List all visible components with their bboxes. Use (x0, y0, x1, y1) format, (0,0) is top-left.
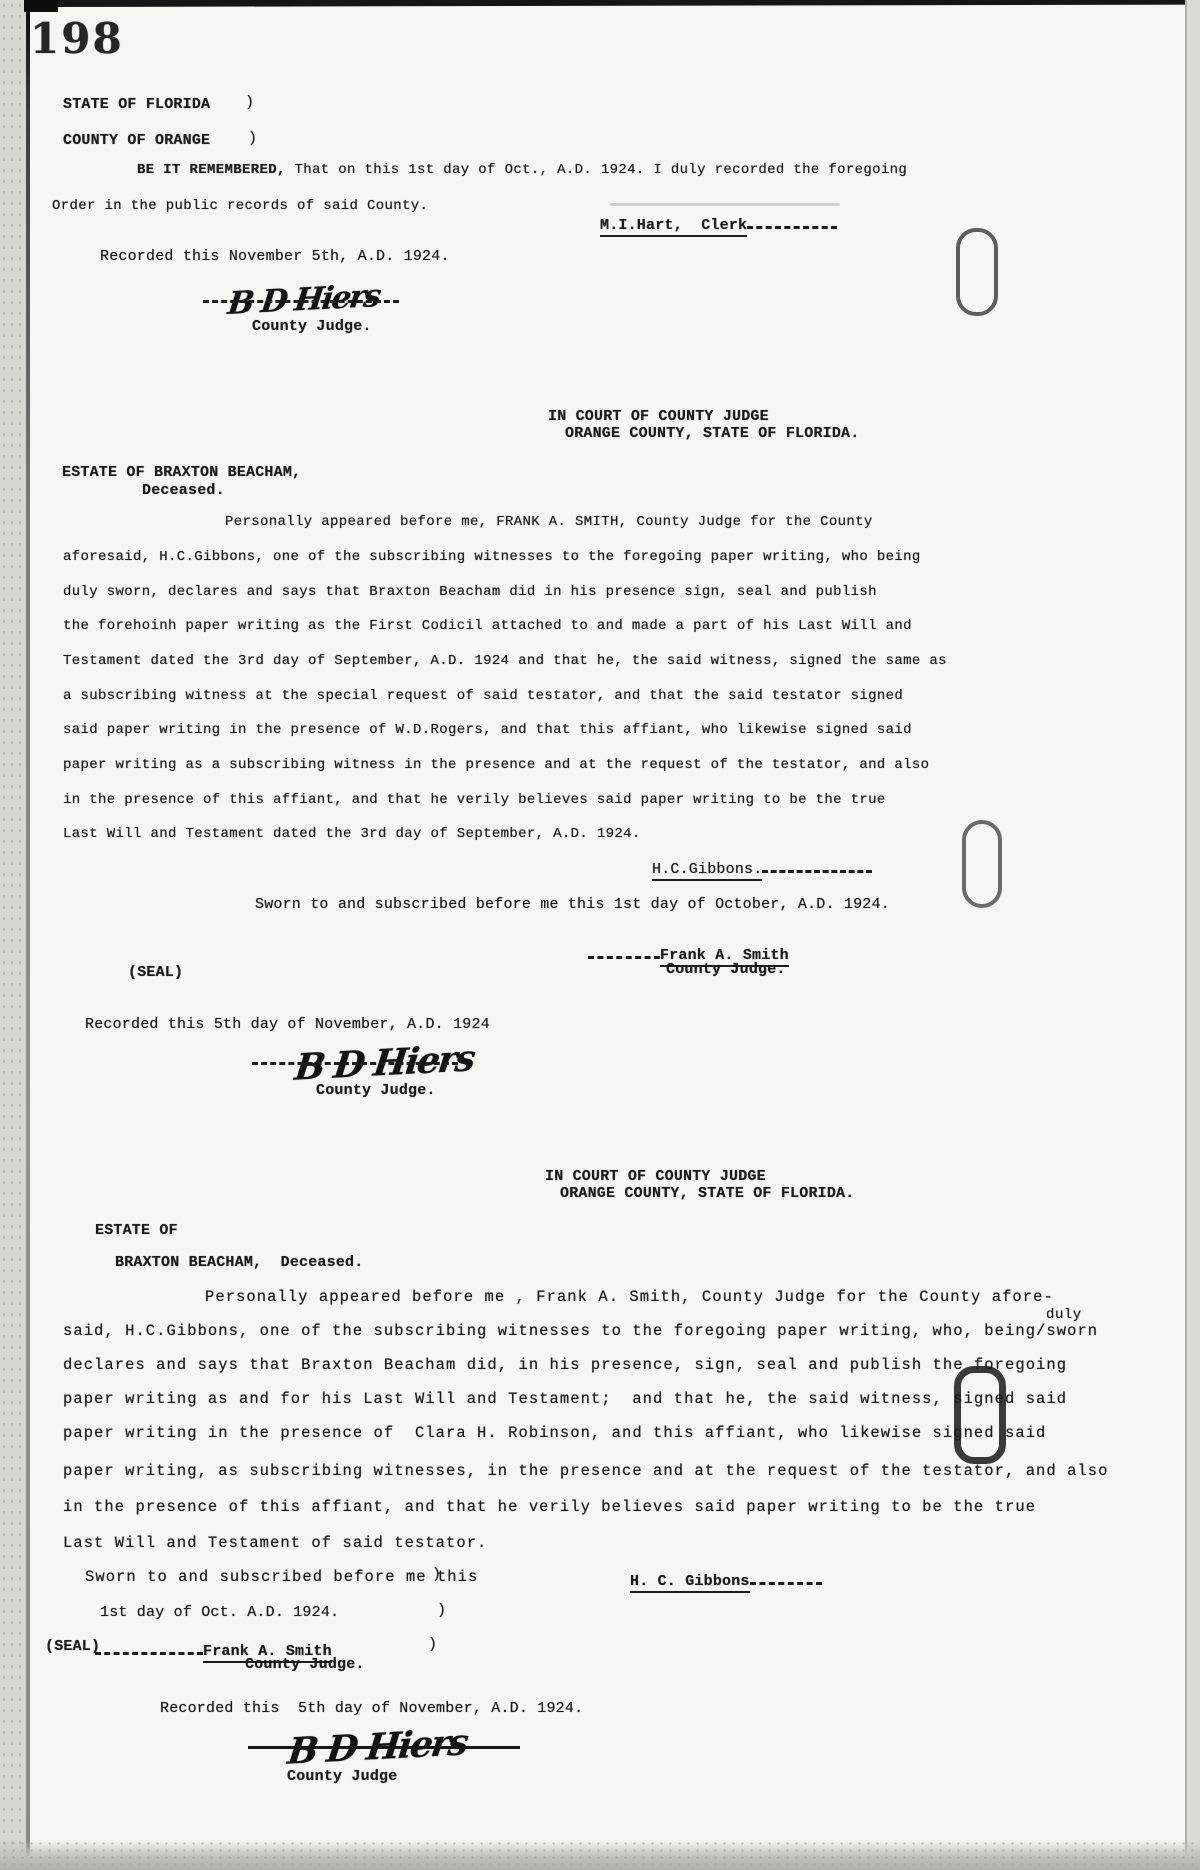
estate-caption-1-line2: Deceased. (142, 482, 225, 500)
county-caption: COUNTY OF ORANGE (63, 132, 210, 150)
affidavit1-line-10: Last Will and Testament dated the 3rd da… (63, 826, 641, 843)
estate-caption-2-line2: BRAXTON BEACHAM, Deceased. (115, 1254, 363, 1272)
affidavit1-line-6: a subscribing witness at the special req… (63, 688, 903, 705)
binder-hole-punch-2 (962, 820, 1002, 908)
affidavit1-line-9: in the presence of this affiant, and tha… (63, 792, 886, 809)
seal-mark-2: (SEAL) (45, 1638, 100, 1656)
estate-caption-1-line1: ESTATE OF BRAXTON BEACHAM, (62, 464, 301, 482)
court-heading-1-line1: IN COURT OF COUNTY JUDGE (548, 408, 769, 426)
affidavit2-line-2: said, H.C.Gibbons, one of the subscribin… (63, 1322, 1098, 1341)
judge-title-2: County Judge. (316, 1082, 436, 1100)
judge-typed-signature-1-dashes (588, 942, 660, 959)
signature-rule-3 (248, 1746, 520, 1749)
remembered-line-2: Order in the public records of said Coun… (52, 198, 428, 215)
binder-hole-punch-1 (956, 228, 998, 316)
sworn-paren-1: ) (432, 1566, 441, 1584)
scan-left-edge-line (26, 0, 30, 1870)
affidavit1-line-3: duly sworn, declares and says that Braxt… (63, 584, 877, 601)
judge-typed-signature-2-dashes (95, 1638, 203, 1655)
affidavit1-line-2: aforesaid, H.C.Gibbons, one of the subsc… (63, 549, 921, 566)
scan-smudge (610, 203, 840, 206)
witness-signature-2-dashes (750, 1568, 822, 1585)
signature-rule-1 (203, 300, 399, 303)
affidavit1-line-5: Testament dated the 3rd day of September… (63, 653, 947, 670)
judge-title-3: County Judge (287, 1768, 397, 1786)
recorded-line-1: Recorded this 5th day of November, A.D. … (85, 1016, 490, 1034)
scan-left-margin (0, 0, 26, 1870)
judge-signature-paren: ) (428, 1636, 437, 1654)
sworn-line-2a: Sworn to and subscribed before me this (85, 1568, 478, 1587)
scanned-court-record-page: { "colors": { "ink": "#1b1b1b", "paper":… (0, 0, 1200, 1870)
affidavit2-line-1: Personally appeared before me , Frank A.… (205, 1288, 1054, 1307)
binder-hole-punch-3 (954, 1366, 1006, 1464)
scan-top-left-corner-mark (24, 0, 58, 12)
judge-typed-title-2: County Judge. (245, 1656, 365, 1674)
estate-caption-2-line1: ESTATE OF (95, 1222, 178, 1240)
witness-signature-1-dashes (762, 856, 872, 873)
remembered-line-1: BE IT REMEMBERED, That on this 1st day o… (137, 162, 907, 179)
state-caption-paren: ) (245, 94, 254, 112)
remembered-opening: BE IT REMEMBERED, (137, 162, 286, 178)
clerk-signature-dashes (747, 212, 837, 229)
court-heading-1-line2: ORANGE COUNTY, STATE OF FLORIDA. (565, 425, 859, 443)
recorded-line-top: Recorded this November 5th, A.D. 1924. (100, 248, 450, 266)
affidavit2-line-6: paper writing, as subscribing witnesses,… (63, 1462, 1109, 1481)
court-heading-2-line2: ORANGE COUNTY, STATE OF FLORIDA. (560, 1185, 854, 1203)
judge-typed-title-1: County Judge. (666, 961, 786, 979)
affidavit1-line-8: paper writing as a subscribing witness i… (63, 757, 929, 774)
clerk-signature: M.I.Hart, Clerk (600, 212, 837, 235)
witness-signature-1: H.C.Gibbons. (652, 856, 872, 879)
witness-signature-2: H. C. Gibbons (630, 1568, 822, 1591)
affidavit1-line-1: Personally appeared before me, FRANK A. … (225, 514, 873, 531)
clerk-signature-text: M.I.Hart, Clerk (600, 217, 747, 237)
affidavit1-line-4: the forehoinh paper writing as the First… (63, 618, 912, 635)
witness-signature-1-text: H.C.Gibbons. (652, 861, 762, 881)
affidavit2-line-5: paper writing in the presence of Clara H… (63, 1424, 1046, 1443)
affidavit2-line-8: Last Will and Testament of said testator… (63, 1534, 487, 1553)
affidavit2-line-7: in the presence of this affiant, and tha… (63, 1498, 1036, 1517)
affidavit2-line-2-main: said, H.C.Gibbons, one of the subscribin… (63, 1322, 1036, 1340)
sworn-line-2b: 1st day of Oct. A.D. 1924. (100, 1604, 339, 1622)
scan-top-edge-line (46, 0, 1200, 7)
signature-rule-2 (252, 1062, 458, 1065)
sworn-line-1: Sworn to and subscribed before me this 1… (255, 896, 890, 914)
affidavit2-line-4: paper writing as and for his Last Will a… (63, 1390, 1067, 1409)
page-number: 198 (30, 14, 124, 63)
seal-mark-1: (SEAL) (128, 964, 183, 982)
inserted-word-anchor: duly/sworn (1036, 1322, 1098, 1340)
county-caption-paren: ) (248, 130, 257, 148)
scan-right-margin (1185, 0, 1200, 1870)
remembered-rest: That on this 1st day of Oct., A.D. 1924.… (286, 162, 907, 178)
scan-bottom-shadow (0, 1840, 1200, 1870)
affidavit1-line-7: said paper writing in the presence of W.… (63, 722, 912, 739)
sworn-paren-2: ) (437, 1602, 446, 1620)
affidavit2-line-3: declares and says that Braxton Beacham d… (63, 1356, 1067, 1375)
judge-title-1: County Judge. (252, 318, 372, 336)
state-caption: STATE OF FLORIDA (63, 96, 210, 114)
court-heading-2-line1: IN COURT OF COUNTY JUDGE (545, 1168, 766, 1186)
recorded-line-2: Recorded this 5th day of November, A.D. … (160, 1700, 583, 1718)
inserted-word-duly: duly (1046, 1306, 1082, 1325)
witness-signature-2-text: H. C. Gibbons (630, 1573, 750, 1593)
